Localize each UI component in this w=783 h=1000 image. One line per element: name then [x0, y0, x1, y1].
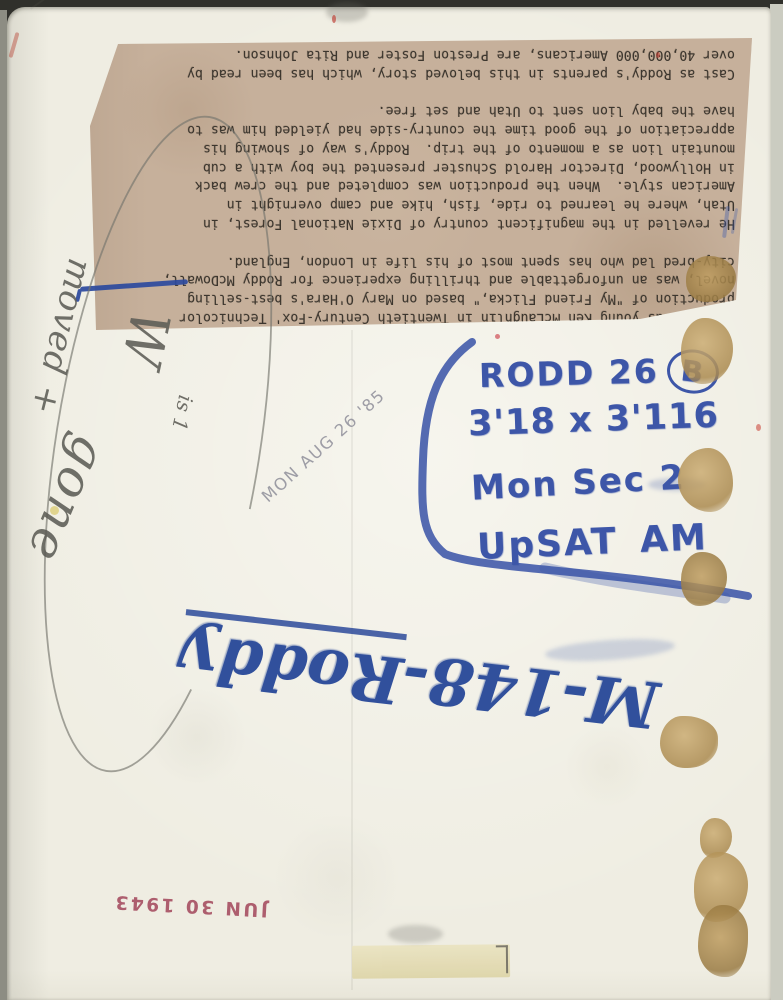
pencil-note-w: W	[109, 305, 182, 372]
caption-line: American style. When the production was …	[98, 176, 735, 195]
caption-line: city-bred lad who has spent most of his …	[98, 251, 735, 270]
caption-line: appreciation of the good time the countr…	[98, 119, 735, 138]
gray-smudge	[388, 925, 443, 943]
caption-line	[98, 232, 735, 251]
caption-line: in Hollywood, Director Harold Schuster p…	[98, 157, 735, 176]
caption-text: His role as young Ken McLaughlin in Twen…	[88, 36, 752, 336]
scan-edge-left	[0, 10, 7, 1000]
caption-line: production of "My Friend Flicka," based …	[98, 288, 735, 307]
caption-line: Utah, where he learned to ride, fish, hi…	[98, 194, 735, 213]
red-speck	[656, 52, 660, 58]
caption-line: He revelled in the magnificent country o…	[98, 213, 735, 232]
stain	[698, 905, 748, 977]
yellow-speck	[50, 506, 59, 515]
caption-line: Cast as Roddy's parents in this beloved …	[98, 63, 735, 82]
caption-line: have the baby lion sent to Utah and set …	[98, 100, 735, 119]
stain	[660, 716, 718, 768]
caption-line	[98, 82, 735, 101]
scan-edge-right	[770, 4, 783, 1000]
red-speck	[756, 424, 761, 431]
photo-back-scan: His role as young Ken McLaughlin in Twen…	[0, 0, 783, 1000]
red-speck	[495, 334, 500, 339]
tape-residue	[352, 944, 510, 979]
caption-line: mountain lion as a momento of the trip. …	[98, 138, 735, 157]
photo-code-name: Roddy	[177, 609, 408, 718]
annotation-rodd26-text: RODD 26	[478, 351, 659, 395]
caption-line: novel, was an unforgettable and thrillin…	[98, 270, 735, 289]
caption-line: over 40,000,000 Americans, are Preston F…	[98, 44, 735, 63]
red-speck	[332, 15, 336, 23]
caption-clipping: His role as young Ken McLaughlin in Twen…	[88, 36, 752, 336]
tape-corner-mark	[496, 945, 508, 973]
photo-code-prefix: M-148-	[398, 639, 662, 743]
